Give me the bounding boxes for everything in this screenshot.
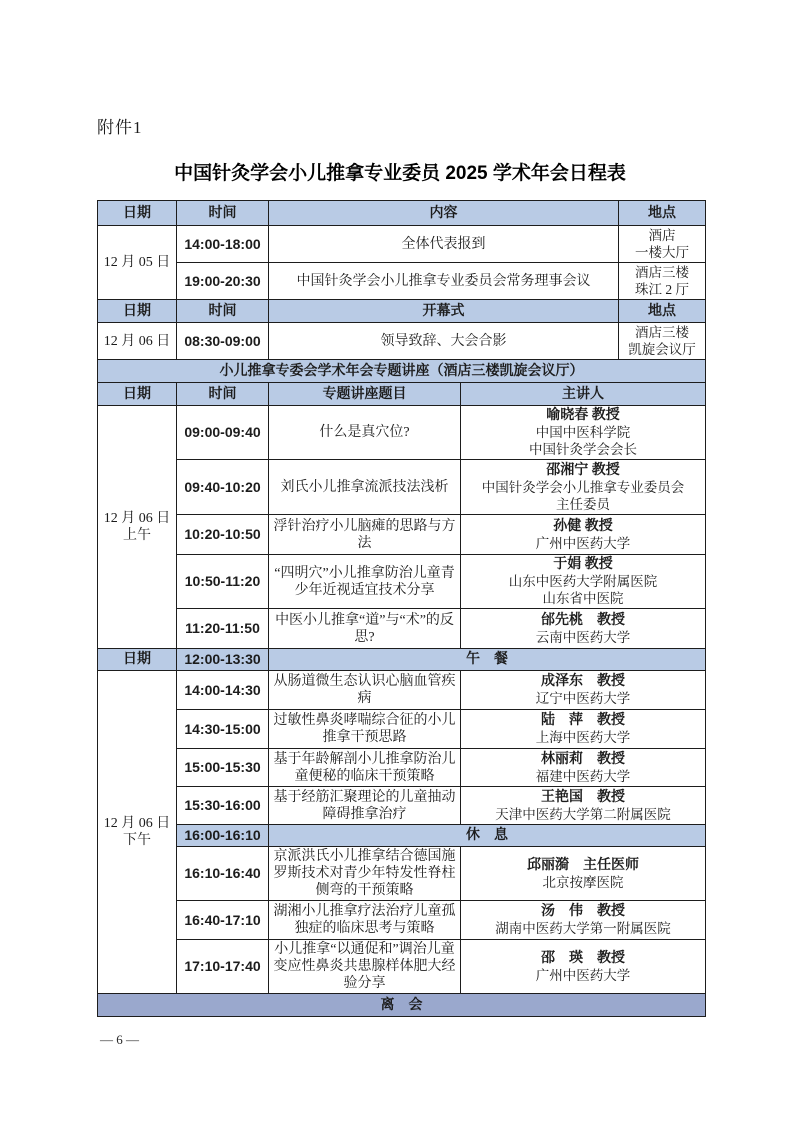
header-cell-location: 地点 [619,201,706,226]
table-row: 10:20-10:50 浮针治疗小儿脑瘫的思路与方法 孙健 教授 广州中医药大学 [98,515,706,555]
attachment-label: 附件1 [97,113,143,138]
table-row: 11:20-11:50 中医小儿推拿“道”与“术”的反思? 邰先桃 教授 云南中… [98,609,706,649]
speaker-cell: 陆 萍 教授 上海中医药大学 [461,710,706,749]
time-cell: 08:30-09:00 [177,323,269,360]
topic-cell: 从肠道微生态认识心脑血管疾病 [269,671,461,710]
topic-cell: 基于经筋汇聚理论的儿童抽动障碍推拿治疗 [269,787,461,825]
lunch-row: 日期 12:00-13:30 午 餐 [98,649,706,671]
section-banner-row: 小儿推拿专委会学术年会专题讲座（酒店三楼凯旋会议厅） [98,360,706,383]
document-page: 附件1 中国针灸学会小儿推拿专业委员 2025 学术年会日程表 日期 时间 内容… [0,0,800,1131]
time-cell: 09:40-10:20 [177,460,269,515]
table-row: 12 月 06 日 08:30-09:00 领导致辞、大会合影 酒店三楼 凯旋会… [98,323,706,360]
header-cell-opening: 开幕式 [269,300,619,323]
speaker-cell: 孙健 教授 广州中医药大学 [461,515,706,555]
location-cell: 酒店三楼 凯旋会议厅 [619,323,706,360]
table-row: 19:00-20:30 中国针灸学会小儿推拿专业委员会常务理事会议 酒店三楼 珠… [98,263,706,300]
table-row: 09:40-10:20 刘氏小儿推拿流派技法浅析 邵湘宁 教授 中国针灸学会小儿… [98,460,706,515]
table-row: 14:30-15:00 过敏性鼻炎哮喘综合征的小儿推拿干预思路 陆 萍 教授 上… [98,710,706,749]
time-cell: 10:50-11:20 [177,555,269,609]
speaker-cell: 汤 伟 教授 湖南中医药大学第一附属医院 [461,901,706,940]
time-cell: 09:00-09:40 [177,406,269,460]
date-cell: 12 月 06 日 [98,323,177,360]
speaker-cell: 成泽东 教授 辽宁中医药大学 [461,671,706,710]
lunch-label: 午 餐 [269,649,706,671]
speaker-cell: 于娟 教授 山东中医药大学附属医院 山东省中医院 [461,555,706,609]
table-row: 15:30-16:00 基于经筋汇聚理论的儿童抽动障碍推拿治疗 王艳国 教授 天… [98,787,706,825]
time-cell: 12:00-13:30 [177,649,269,671]
table-header-row: 日期 时间 开幕式 地点 [98,300,706,323]
header-cell-time: 时间 [177,383,269,406]
topic-cell: 京派洪氏小儿推拿结合德国施罗斯技术对青少年特发性脊柱侧弯的干预策略 [269,847,461,901]
header-cell-date: 日期 [98,201,177,226]
header-cell-time: 时间 [177,300,269,323]
date-cell: 12 月 05 日 [98,226,177,300]
time-cell: 16:00-16:10 [177,825,269,847]
topic-cell: 小儿推拿“以通促和”调治儿童变应性鼻炎共患腺样体肥大经验分享 [269,940,461,994]
topic-cell: 浮针治疗小儿脑瘫的思路与方法 [269,515,461,555]
topic-cell: 中医小儿推拿“道”与“术”的反思? [269,609,461,649]
date-cell: 12 月 06 日 下午 [98,671,177,994]
table-header-row: 日期 时间 专题讲座题目 主讲人 [98,383,706,406]
schedule-table: 日期 时间 内容 地点 12 月 05 日 14:00-18:00 全体代表报到… [97,200,706,1017]
time-cell: 14:00-18:00 [177,226,269,263]
header-cell-date: 日期 [98,300,177,323]
speaker-cell: 王艳国 教授 天津中医药大学第二附属医院 [461,787,706,825]
time-cell: 11:20-11:50 [177,609,269,649]
speaker-cell: 邵 瑛 教授 广州中医药大学 [461,940,706,994]
speaker-cell: 邰先桃 教授 云南中医药大学 [461,609,706,649]
header-cell-location: 地点 [619,300,706,323]
date-cell: 12 月 06 日 上午 [98,406,177,649]
content-cell: 领导致辞、大会合影 [269,323,619,360]
header-cell-time: 时间 [177,201,269,226]
speaker-cell: 邱丽漪 主任医师 北京按摩医院 [461,847,706,901]
time-cell: 14:00-14:30 [177,671,269,710]
time-cell: 15:30-16:00 [177,787,269,825]
table-row: 16:10-16:40 京派洪氏小儿推拿结合德国施罗斯技术对青少年特发性脊柱侧弯… [98,847,706,901]
break-row: 16:00-16:10 休 息 [98,825,706,847]
table-row: 12 月 05 日 14:00-18:00 全体代表报到 酒店 一楼大厅 [98,226,706,263]
topic-cell: 什么是真穴位? [269,406,461,460]
content-cell: 中国针灸学会小儿推拿专业委员会常务理事会议 [269,263,619,300]
table-row: 16:40-17:10 湖湘小儿推拿疗法治疗儿童孤独症的临床思考与策略 汤 伟 … [98,901,706,940]
time-cell: 17:10-17:40 [177,940,269,994]
time-cell: 10:20-10:50 [177,515,269,555]
topic-cell: 湖湘小儿推拿疗法治疗儿童孤独症的临床思考与策略 [269,901,461,940]
table-row: 17:10-17:40 小儿推拿“以通促和”调治儿童变应性鼻炎共患腺样体肥大经验… [98,940,706,994]
header-cell-topic: 专题讲座题目 [269,383,461,406]
topic-cell: 过敏性鼻炎哮喘综合征的小儿推拿干预思路 [269,710,461,749]
location-cell: 酒店三楼 珠江 2 厅 [619,263,706,300]
time-cell: 15:00-15:30 [177,749,269,787]
table-row: 15:00-15:30 基于年龄解剖小儿推拿防治儿童便秘的临床干预策略 林丽莉 … [98,749,706,787]
page-title: 中国针灸学会小儿推拿专业委员 2025 学术年会日程表 [0,158,800,185]
closing-row: 离 会 [98,994,706,1017]
speaker-cell: 林丽莉 教授 福建中医药大学 [461,749,706,787]
speaker-cell: 邵湘宁 教授 中国针灸学会小儿推拿专业委员会 主任委员 [461,460,706,515]
table-row: 12 月 06 日 下午 14:00-14:30 从肠道微生态认识心脑血管疾病 … [98,671,706,710]
header-cell-content: 内容 [269,201,619,226]
content-cell: 全体代表报到 [269,226,619,263]
speaker-cell: 喻晓春 教授 中国中医科学院 中国针灸学会会长 [461,406,706,460]
header-cell-date: 日期 [98,383,177,406]
closing-label: 离 会 [98,994,706,1017]
table-row: 10:50-11:20 “四明穴”小儿推拿防治儿童青少年近视适宜技术分享 于娟 … [98,555,706,609]
break-label: 休 息 [269,825,706,847]
topic-cell: “四明穴”小儿推拿防治儿童青少年近视适宜技术分享 [269,555,461,609]
time-cell: 16:10-16:40 [177,847,269,901]
section-banner: 小儿推拿专委会学术年会专题讲座（酒店三楼凯旋会议厅） [98,360,706,383]
time-cell: 14:30-15:00 [177,710,269,749]
location-cell: 酒店 一楼大厅 [619,226,706,263]
time-cell: 16:40-17:10 [177,901,269,940]
table-header-row: 日期 时间 内容 地点 [98,201,706,226]
header-cell-date: 日期 [98,649,177,671]
header-cell-speaker: 主讲人 [461,383,706,406]
table-row: 12 月 06 日 上午 09:00-09:40 什么是真穴位? 喻晓春 教授 … [98,406,706,460]
topic-cell: 基于年龄解剖小儿推拿防治儿童便秘的临床干预策略 [269,749,461,787]
topic-cell: 刘氏小儿推拿流派技法浅析 [269,460,461,515]
page-number: — 6 — [100,1032,139,1048]
time-cell: 19:00-20:30 [177,263,269,300]
